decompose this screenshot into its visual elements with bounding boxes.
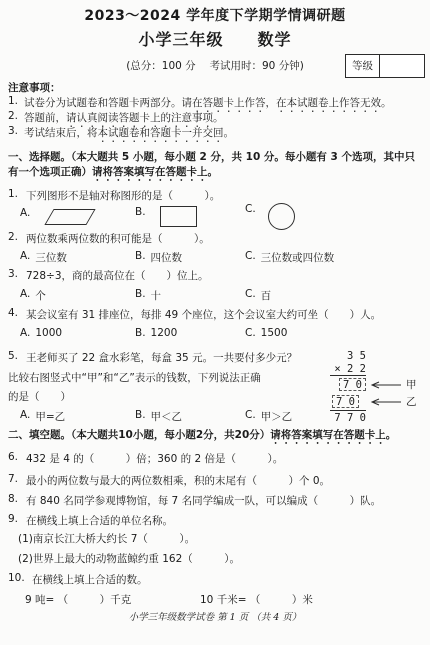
option-b: B.: [135, 206, 245, 227]
arrow-left-icon: [370, 381, 402, 389]
option-a: A.个: [20, 288, 135, 303]
question-9: 9. 在横线上填上合适的单位名称。: [8, 513, 422, 528]
product-result: 7 7 0: [330, 410, 366, 424]
partial-label-yi: 乙: [406, 394, 417, 409]
question-1: 1. 下列图形不是轴对称图形的是（ ）。: [8, 188, 422, 203]
notice-heading: 注意事项：: [8, 80, 422, 95]
option-b: B.1200: [135, 327, 245, 339]
question-text: 728÷3，商的最高位在（ ）位上。: [26, 268, 209, 283]
section-2-heading: 二、填空题。（本大题共10小题，每小题2分，共20分）请将答案填写在答题卡上。: [8, 428, 422, 447]
partial-product-2: 7 0: [332, 395, 359, 408]
question-text: 王老师买了 22 盒水彩笔，每盒 35 元。一共要付多少元？: [26, 350, 297, 365]
question-text: 某会议室有 31 排座位，每排 49 个座位，这个会议室大约可坐（ ）人。: [26, 307, 381, 322]
question-text: 在横线上填上合适的单位名称。: [26, 513, 173, 528]
notice-item-number: 3.: [8, 125, 24, 145]
question-text: 两位数乘两位数的积可能是（ ）。: [26, 231, 210, 246]
rectangle-shape: [160, 206, 197, 227]
partial-product-1: 7 0: [339, 378, 366, 391]
question-10-blanks: 9 吨= （ ）千克 10 千米= （ ）米: [25, 592, 430, 607]
option-a: A.三位数: [20, 250, 135, 265]
question-9-sub-1: (1)南京长江大桥大约长 7（ ）。: [18, 531, 430, 546]
option-b: B.四位数: [135, 250, 245, 265]
question-5-line-3: 的是（ ）: [8, 389, 328, 404]
page-footer: 小学三年级数学试卷 第 1 页 （共 4 页）: [8, 609, 422, 623]
question-8: 8. 有 840 名同学参观博物馆，每 7 名同学编成一队，可以编成（ ）队。: [8, 493, 422, 508]
option-b: B.十: [135, 288, 245, 303]
arrow-left-icon: [370, 398, 402, 406]
question-5-line-2: 比较右图竖式中“甲”和“乙”表示的钱数，下列说法正确: [8, 370, 328, 385]
option-c: C.: [245, 203, 295, 230]
multiplier-row: × 2 2: [330, 363, 366, 376]
question-text: 在横线上填上合适的数。: [32, 572, 148, 587]
multiplication-figure: 3 5 × 2 2 7 0 甲 7 0 乙 7 7 0: [330, 350, 430, 424]
question-text: 有 840 名同学参观博物馆，每 7 名同学编成一队，可以编成（ ）队。: [26, 493, 381, 508]
question-10: 10. 在横线上填上合适的数。: [8, 572, 422, 587]
conversion-km-m: 10 千米= （ ）米: [200, 592, 313, 607]
exam-title: 2023～2024 学年度下学期学情调研题: [8, 5, 422, 25]
section-1-heading: 一、选择题。（本大题共 5 小题，每小题 2 分，共 10 分。每小题有 3 个…: [8, 150, 422, 184]
partial-label-jia: 甲: [406, 377, 417, 392]
question-5: 5. 王老师买了 22 盒水彩笔，每盒 35 元。一共要付多少元？: [8, 350, 328, 365]
question-text: 下列图形不是轴对称图形的是（ ）。: [26, 188, 220, 203]
grade-value-cell[interactable]: [380, 55, 424, 77]
grade-box: 等级: [345, 54, 425, 78]
question-2: 2. 两位数乘两位数的积可能是（ ）。: [8, 231, 422, 246]
question-2-options: A.三位数 B.四位数 C.三位数或四位数: [8, 250, 422, 265]
question-4: 4. 某会议室有 31 排座位，每排 49 个座位，这个会议室大约可坐（ ）人。: [8, 307, 422, 322]
question-6: 6. 432 是 4 的（ ）倍；360 的 2 倍是（ ）。: [8, 451, 422, 466]
conversion-tons-kg: 9 吨= （ ）千克: [25, 592, 200, 607]
option-c: C.甲＞乙: [245, 409, 292, 424]
option-c: C.百: [245, 288, 271, 303]
question-text: 最小的两位数与最大的两位数相乘，积的末尾有（ ）个 0。: [26, 473, 330, 488]
circle-shape: [268, 203, 295, 230]
option-c: C.1500: [245, 327, 287, 339]
question-3-options: A.个 B.十 C.百: [8, 288, 422, 303]
exam-paper-page: 2023～2024 学年度下学期学情调研题 小学三年级 数学 (总分：100 分…: [0, 0, 430, 645]
option-a: A.甲=乙: [20, 409, 135, 424]
question-9-sub-2: (2)世界上最大的动物蓝鲸约重 162（ ）。: [18, 551, 430, 566]
option-b: B.甲＜乙: [135, 409, 245, 424]
question-4-options: A.1000 B.1200 C.1500: [8, 327, 422, 339]
multiplicand: 3 5: [330, 350, 366, 363]
question-7: 7. 最小的两位数与最大的两位数相乘，积的末尾有（ ）个 0。: [8, 473, 422, 488]
grade-label: 等级: [346, 55, 380, 77]
notice-item-3: 3. 考试结束后，将本试题卷和答题卡一并交回。: [8, 125, 422, 145]
exam-subtitle: 小学三年级 数学: [8, 27, 422, 50]
option-a: A.: [20, 207, 135, 225]
option-c: C.三位数或四位数: [245, 250, 334, 265]
option-a: A.1000: [20, 327, 135, 339]
parallelogram-shape: [45, 209, 96, 225]
notice-item-text: 考试结束后，将本试题卷和答题卡一并交回。: [24, 125, 234, 145]
question-3: 3. 728÷3，商的最高位在（ ）位上。: [8, 268, 422, 283]
question-text: 432 是 4 的（ ）倍；360 的 2 倍是（ ）。: [26, 451, 283, 466]
question-1-options: A. B. C.: [8, 203, 422, 229]
